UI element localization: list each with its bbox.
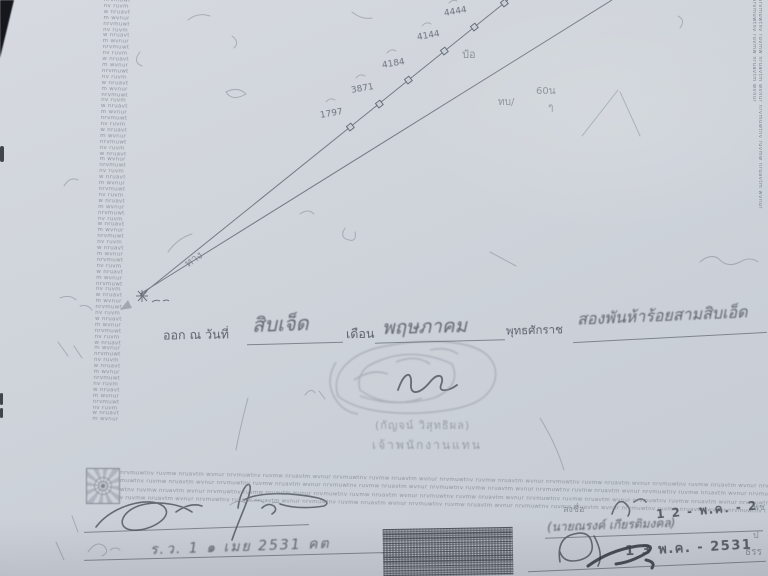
edge-text-fragment: พช bbox=[753, 500, 765, 514]
era-label-text: พุทธศักราช bbox=[506, 321, 563, 340]
pencil-annotation: ๆ bbox=[548, 100, 553, 115]
border-corner-ornament bbox=[86, 468, 120, 504]
stamp-official-title: เจ้าพนักงานแทน bbox=[372, 436, 482, 455]
sign-here-label: ลงชื่อ bbox=[563, 502, 584, 516]
dense-text-block bbox=[383, 527, 514, 576]
pencil-annotation: ป๋อ bbox=[462, 45, 476, 63]
edge-text-fragment: ป bbox=[753, 528, 759, 542]
pencil-annotation: 60น bbox=[536, 84, 556, 99]
stamp-official-name: (กัญจน์ วิสุทธิผล) bbox=[375, 416, 470, 434]
edge-text-fragment: ธรร bbox=[745, 545, 762, 560]
month-label-text: เดือน bbox=[346, 324, 375, 344]
handwritten-day: สิบเจ็ด bbox=[251, 307, 309, 341]
photo-edge-mark bbox=[0, 393, 3, 405]
photo-edge-mark bbox=[0, 146, 4, 162]
document-edge-text: nrvmuwtnv ruvmw nruavtm wvnur nrvmuwtnv … bbox=[752, 0, 763, 216]
photo-corner-shadow bbox=[0, 0, 14, 58]
handwritten-month: พฤษภาคม bbox=[382, 311, 468, 343]
photo-edge-mark bbox=[0, 408, 3, 418]
pencil-annotation: ทบ/ bbox=[498, 95, 514, 110]
photo-of-survey-document: nrvmuwtnv ruvmw nruavtm wvnur nrvmuwtnv … bbox=[0, 0, 768, 576]
issue-prefix-text: ออก ณ วันที่ bbox=[163, 324, 229, 345]
